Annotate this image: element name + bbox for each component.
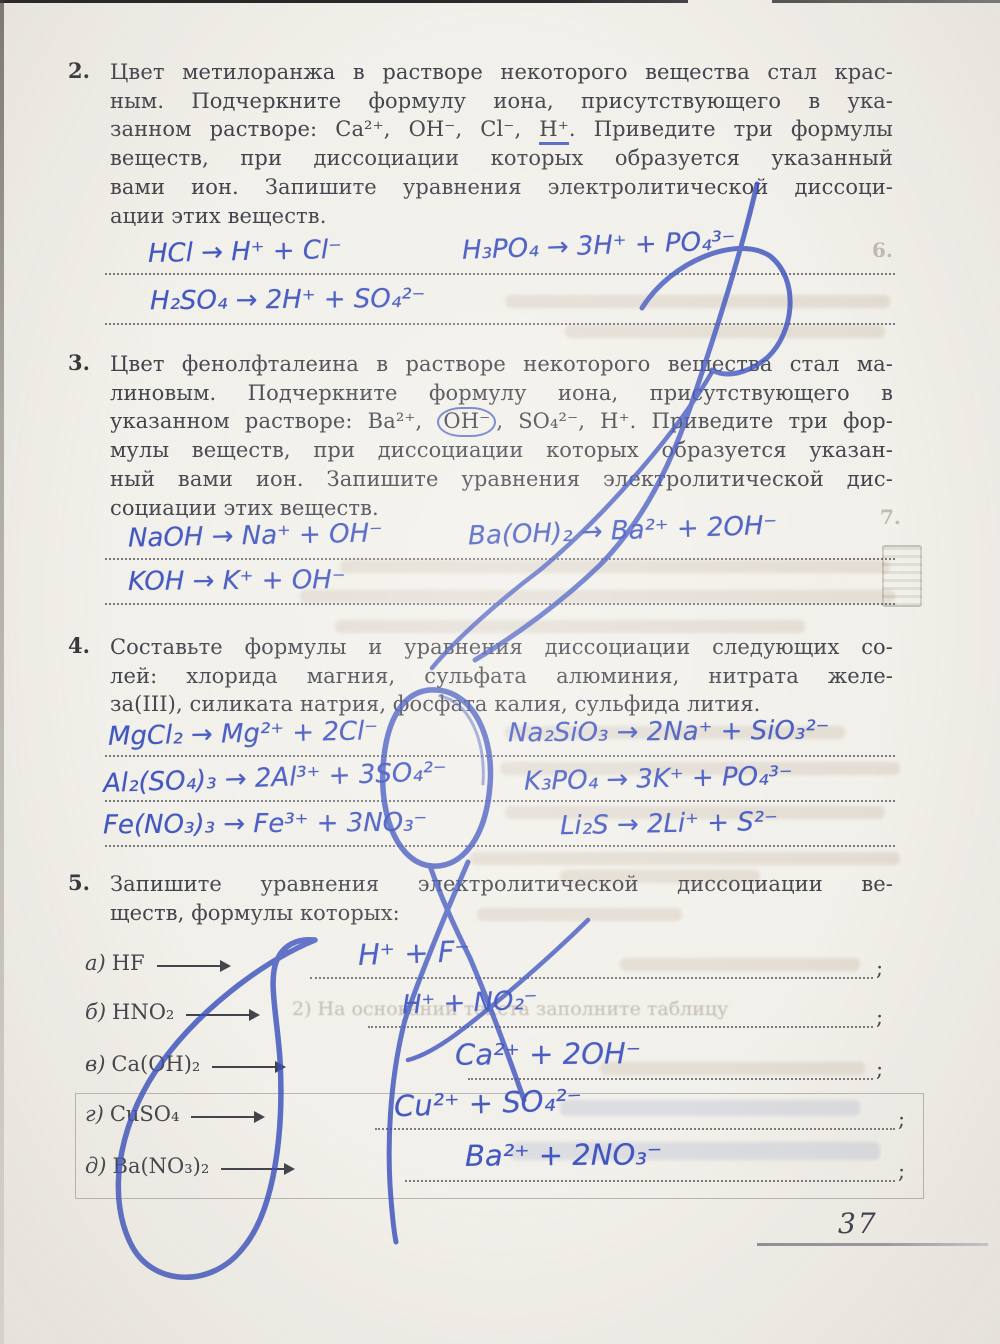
exercise5-line: ществ, формулы которых: [110,899,893,928]
exercise3-line: ный вами ион. Запишите уравнения электро… [110,465,893,494]
answer-line [368,1026,873,1028]
exercise3-marked-ion: OH⁻ [437,407,496,437]
answer-line [468,1078,873,1080]
semicolon: ; [876,956,883,980]
handwritten-equation: H₂SO₄ → 2H⁺ + SO₄²⁻ [150,284,426,316]
item-d: д) Ba(NO₃)₂ [85,1154,303,1178]
exercise2-line: вами ион. Запишите уравнения электролити… [110,173,893,202]
bleedthrough-margin-number: 6. [872,238,893,262]
exercise3-number: 3. [68,350,90,375]
handwritten-equation: KOH → K⁺ + OH⁻ [128,565,346,597]
handwritten-answer: Ca²⁺ + 2OH⁻ [455,1036,641,1072]
handwritten-equation: Fe(NO₃)₃ → Fe³⁺ + 3NO₃⁻ [103,808,428,841]
handwritten-answer: Cu²⁺ + SO₄²⁻ [393,1083,582,1124]
long-arrow-icon [212,1057,286,1071]
exercise4-number: 4. [68,633,90,658]
exercise2-ion-post: . Приведите три формулы [569,117,893,141]
handwritten-equation: H₃PO₄ → 3H⁺ + PO₄³⁻ [462,226,737,266]
bleedthrough-book-icon [882,545,922,607]
handwritten-answer: H⁺ + NO₂⁻ [402,986,539,1021]
workbook-page: 2) На основании текста заполните таблицу… [0,0,1000,1344]
long-arrow-icon [186,1005,260,1019]
item-v-formula: Ca(OH)₂ [111,1052,200,1076]
handwritten-equation: NaOH → Na⁺ + OH⁻ [128,518,383,553]
long-arrow-icon [191,1107,265,1121]
handwritten-equation: Na₂SiO₃ → 2Na⁺ + SiO₃²⁻ [508,716,830,749]
exercise2-ion-line: занном растворе: Ca²⁺, OH⁻, Cl⁻, H⁺. При… [110,115,893,144]
item-b: б) HNO₂ [85,1000,268,1024]
semicolon: ; [876,1005,883,1029]
exercise2-line: ным. Подчеркните формулу иона, присутств… [110,87,893,116]
bleedthrough-stripe [300,590,895,603]
handwritten-equation: Al₂(SO₄)₃ → 2Al³⁺ + 3SO₄²⁻ [103,757,448,799]
handwritten-equation: MgCl₂ → Mg²⁺ + 2Cl⁻ [108,716,379,752]
item-g: г) CuSO₄ [85,1102,273,1126]
item-g-formula: CuSO₄ [110,1102,180,1126]
bleedthrough-stripe [340,560,890,573]
exercise2-text: Цвет метилоранжа в растворе некоторого в… [110,58,893,230]
handwritten-answer: H⁺ + F⁻ [357,934,470,972]
item-v: в) Ca(OH)₂ [85,1052,294,1076]
exercise4-line: Составьте формулы и уравнения диссоциаци… [110,633,893,662]
item-d-label: д) [85,1154,107,1178]
exercise3-line: линовым. Подчеркните формулу иона, прису… [110,379,893,408]
scan-top-edge [0,0,1000,3]
semicolon: ; [898,1107,905,1131]
exercise4-line: за(III), силиката натрия, фосфата калия,… [110,690,893,719]
exercise3-ion-line: указанном растворе: Ba²⁺, OH⁻, SO₄²⁻, H⁺… [110,407,893,436]
answer-line [105,558,895,560]
handwritten-equation: HCl → H⁺ + Cl⁻ [148,235,343,269]
exercise4-line: лей: хлорида магния, сульфата алюминия, … [110,662,893,691]
scan-top-notch [688,0,772,3]
handwritten-equation: Li₂S → 2Li⁺ + S²⁻ [560,807,778,842]
item-a-formula: HF [112,951,145,975]
exercise3-ion-post: , SO₄²⁻, H⁺. Приведите три фор- [496,409,893,433]
item-d-formula: Ba(NO₃)₂ [113,1154,210,1178]
bleedthrough-stripe [565,325,885,338]
bleedthrough-stripe [470,852,900,865]
exercise3-line: Цвет фенолфталеина в растворе некоторого… [110,350,893,379]
scan-left-edge [0,0,4,1344]
item-a: а) HF [85,951,239,975]
exercise2-line: ации этих веществ. [110,202,893,231]
answer-line [105,323,895,325]
answer-line [105,800,895,802]
exercise5-text: Запишите уравнения электролитической дис… [110,870,893,927]
exercise2-ion-pre: занном растворе: Ca²⁺, OH⁻, Cl⁻, [110,117,539,141]
handwritten-answer: Ba²⁺ + 2NO₃⁻ [465,1137,663,1173]
exercise2-number: 2. [68,58,90,83]
item-b-label: б) [85,1000,106,1024]
item-b-formula: HNO₂ [112,1000,174,1024]
item-g-label: г) [85,1102,104,1126]
exercise2-line: веществ, при диссоциации которых образуе… [110,144,893,173]
answer-line [375,1128,895,1130]
page-number: 37 [838,1207,878,1240]
semicolon: ; [898,1159,905,1183]
answer-line [105,273,895,275]
exercise2-line: Цвет метилоранжа в растворе некоторого в… [110,58,893,87]
answer-line [105,755,895,757]
bleedthrough-stripe [505,295,890,308]
item-v-label: в) [85,1052,105,1076]
answer-line [310,977,873,979]
exercise3-text: Цвет фенолфталеина в растворе некоторого… [110,350,893,522]
exercise5-number: 5. [68,870,90,895]
exercise2-marked-ion: H⁺ [539,117,569,145]
exercise4-text: Составьте формулы и уравнения диссоциаци… [110,633,893,719]
exercise5-line: Запишите уравнения электролитической дис… [110,870,893,899]
long-arrow-icon [221,1159,295,1173]
exercise3-line: мулы веществ, при диссоциации которых об… [110,436,893,465]
long-arrow-icon [157,956,231,970]
bleedthrough-stripe [620,958,860,971]
exercise3-ion-pre: указанном растворе: Ba²⁺, [110,409,437,433]
item-a-label: а) [85,951,106,975]
handwritten-equation: K₃PO₄ → 3K⁺ + PO₄³⁻ [524,761,793,797]
answer-line [105,603,895,605]
bleedthrough-stripe [335,620,805,633]
answer-line [405,1180,895,1182]
footer-rule [757,1243,988,1246]
answer-line [105,845,895,847]
semicolon: ; [876,1057,883,1081]
